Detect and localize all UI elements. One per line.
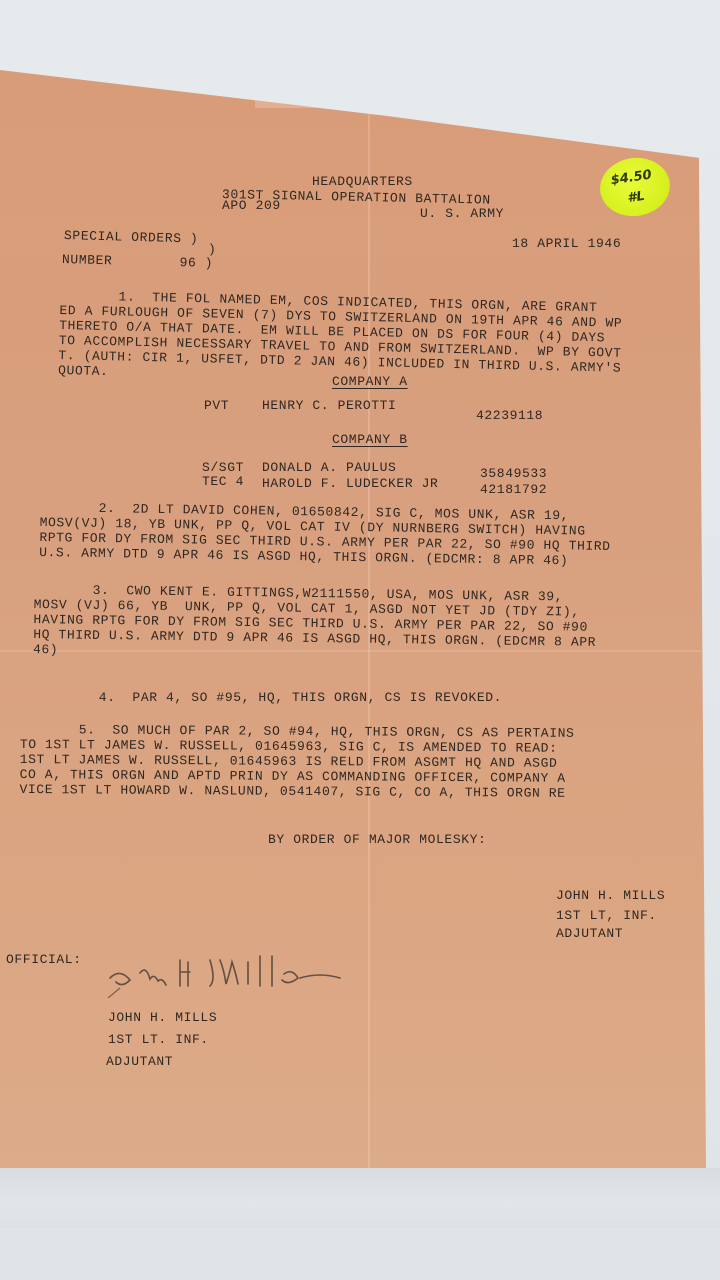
paragraph-5: 5. SO MUCH OF PAR 2, SO #94, HQ, THIS OR… bbox=[19, 722, 574, 801]
member-serial: 42239118 bbox=[476, 408, 543, 423]
member-name: DONALD A. PAULUS bbox=[262, 460, 396, 475]
shelf-ledge bbox=[0, 1168, 720, 1228]
paragraph-line: VICE 1ST LT HOWARD W. NASLUND, 0541407, … bbox=[19, 782, 574, 801]
official-title: ADJUTANT bbox=[106, 1054, 173, 1069]
member-name: HENRY C. PEROTTI bbox=[262, 398, 396, 413]
member-name: HAROLD F. LUDECKER JR bbox=[262, 476, 438, 491]
official-label: OFFICIAL: bbox=[6, 952, 82, 967]
order-bracket: ) bbox=[208, 242, 216, 257]
header-army: U. S. ARMY bbox=[420, 206, 504, 221]
paragraph-4: 4. PAR 4, SO #95, HQ, THIS ORGN, CS IS R… bbox=[40, 690, 502, 705]
signer-name: JOHN H. MILLS bbox=[556, 888, 665, 903]
company-a-heading: COMPANY A bbox=[332, 374, 408, 389]
signer-rank: 1ST LT, INF. bbox=[556, 908, 657, 923]
member-rank: S/SGT bbox=[202, 460, 244, 475]
member-serial: 42181792 bbox=[480, 482, 547, 497]
order-number: NUMBER 96 ) bbox=[62, 252, 214, 271]
special-orders-document: HEADQUARTERS 301ST SIGNAL OPERATION BATT… bbox=[0, 70, 706, 1168]
member-rank: TEC 4 bbox=[202, 474, 244, 489]
sticker-price: $4.50 bbox=[610, 168, 653, 189]
header-title: HEADQUARTERS bbox=[312, 174, 413, 189]
member-serial: 35849533 bbox=[480, 466, 547, 481]
special-orders-label: SPECIAL ORDERS ) bbox=[64, 228, 199, 247]
paragraph-line: 4. PAR 4, SO #95, HQ, THIS ORGN, CS IS R… bbox=[40, 690, 502, 705]
by-order-line: BY ORDER OF MAJOR MOLESKY: bbox=[268, 832, 486, 847]
official-name: JOHN H. MILLS bbox=[108, 1010, 217, 1025]
paragraph-2: 2. 2D LT DAVID COHEN, 01650842, SIG C, M… bbox=[39, 500, 611, 569]
company-b-heading: COMPANY B bbox=[332, 432, 408, 447]
paragraph-3: 3. CWO KENT E. GITTINGS,W2111550, USA, M… bbox=[33, 582, 597, 665]
order-date: 18 APRIL 1946 bbox=[512, 236, 621, 251]
handwritten-signature bbox=[100, 948, 360, 998]
official-rank: 1ST LT. INF. bbox=[108, 1032, 209, 1047]
signer-title: ADJUTANT bbox=[556, 926, 623, 941]
member-rank: PVT bbox=[204, 398, 229, 413]
header-apo: APO 209 bbox=[222, 198, 281, 213]
sticker-code: #L bbox=[627, 189, 646, 206]
